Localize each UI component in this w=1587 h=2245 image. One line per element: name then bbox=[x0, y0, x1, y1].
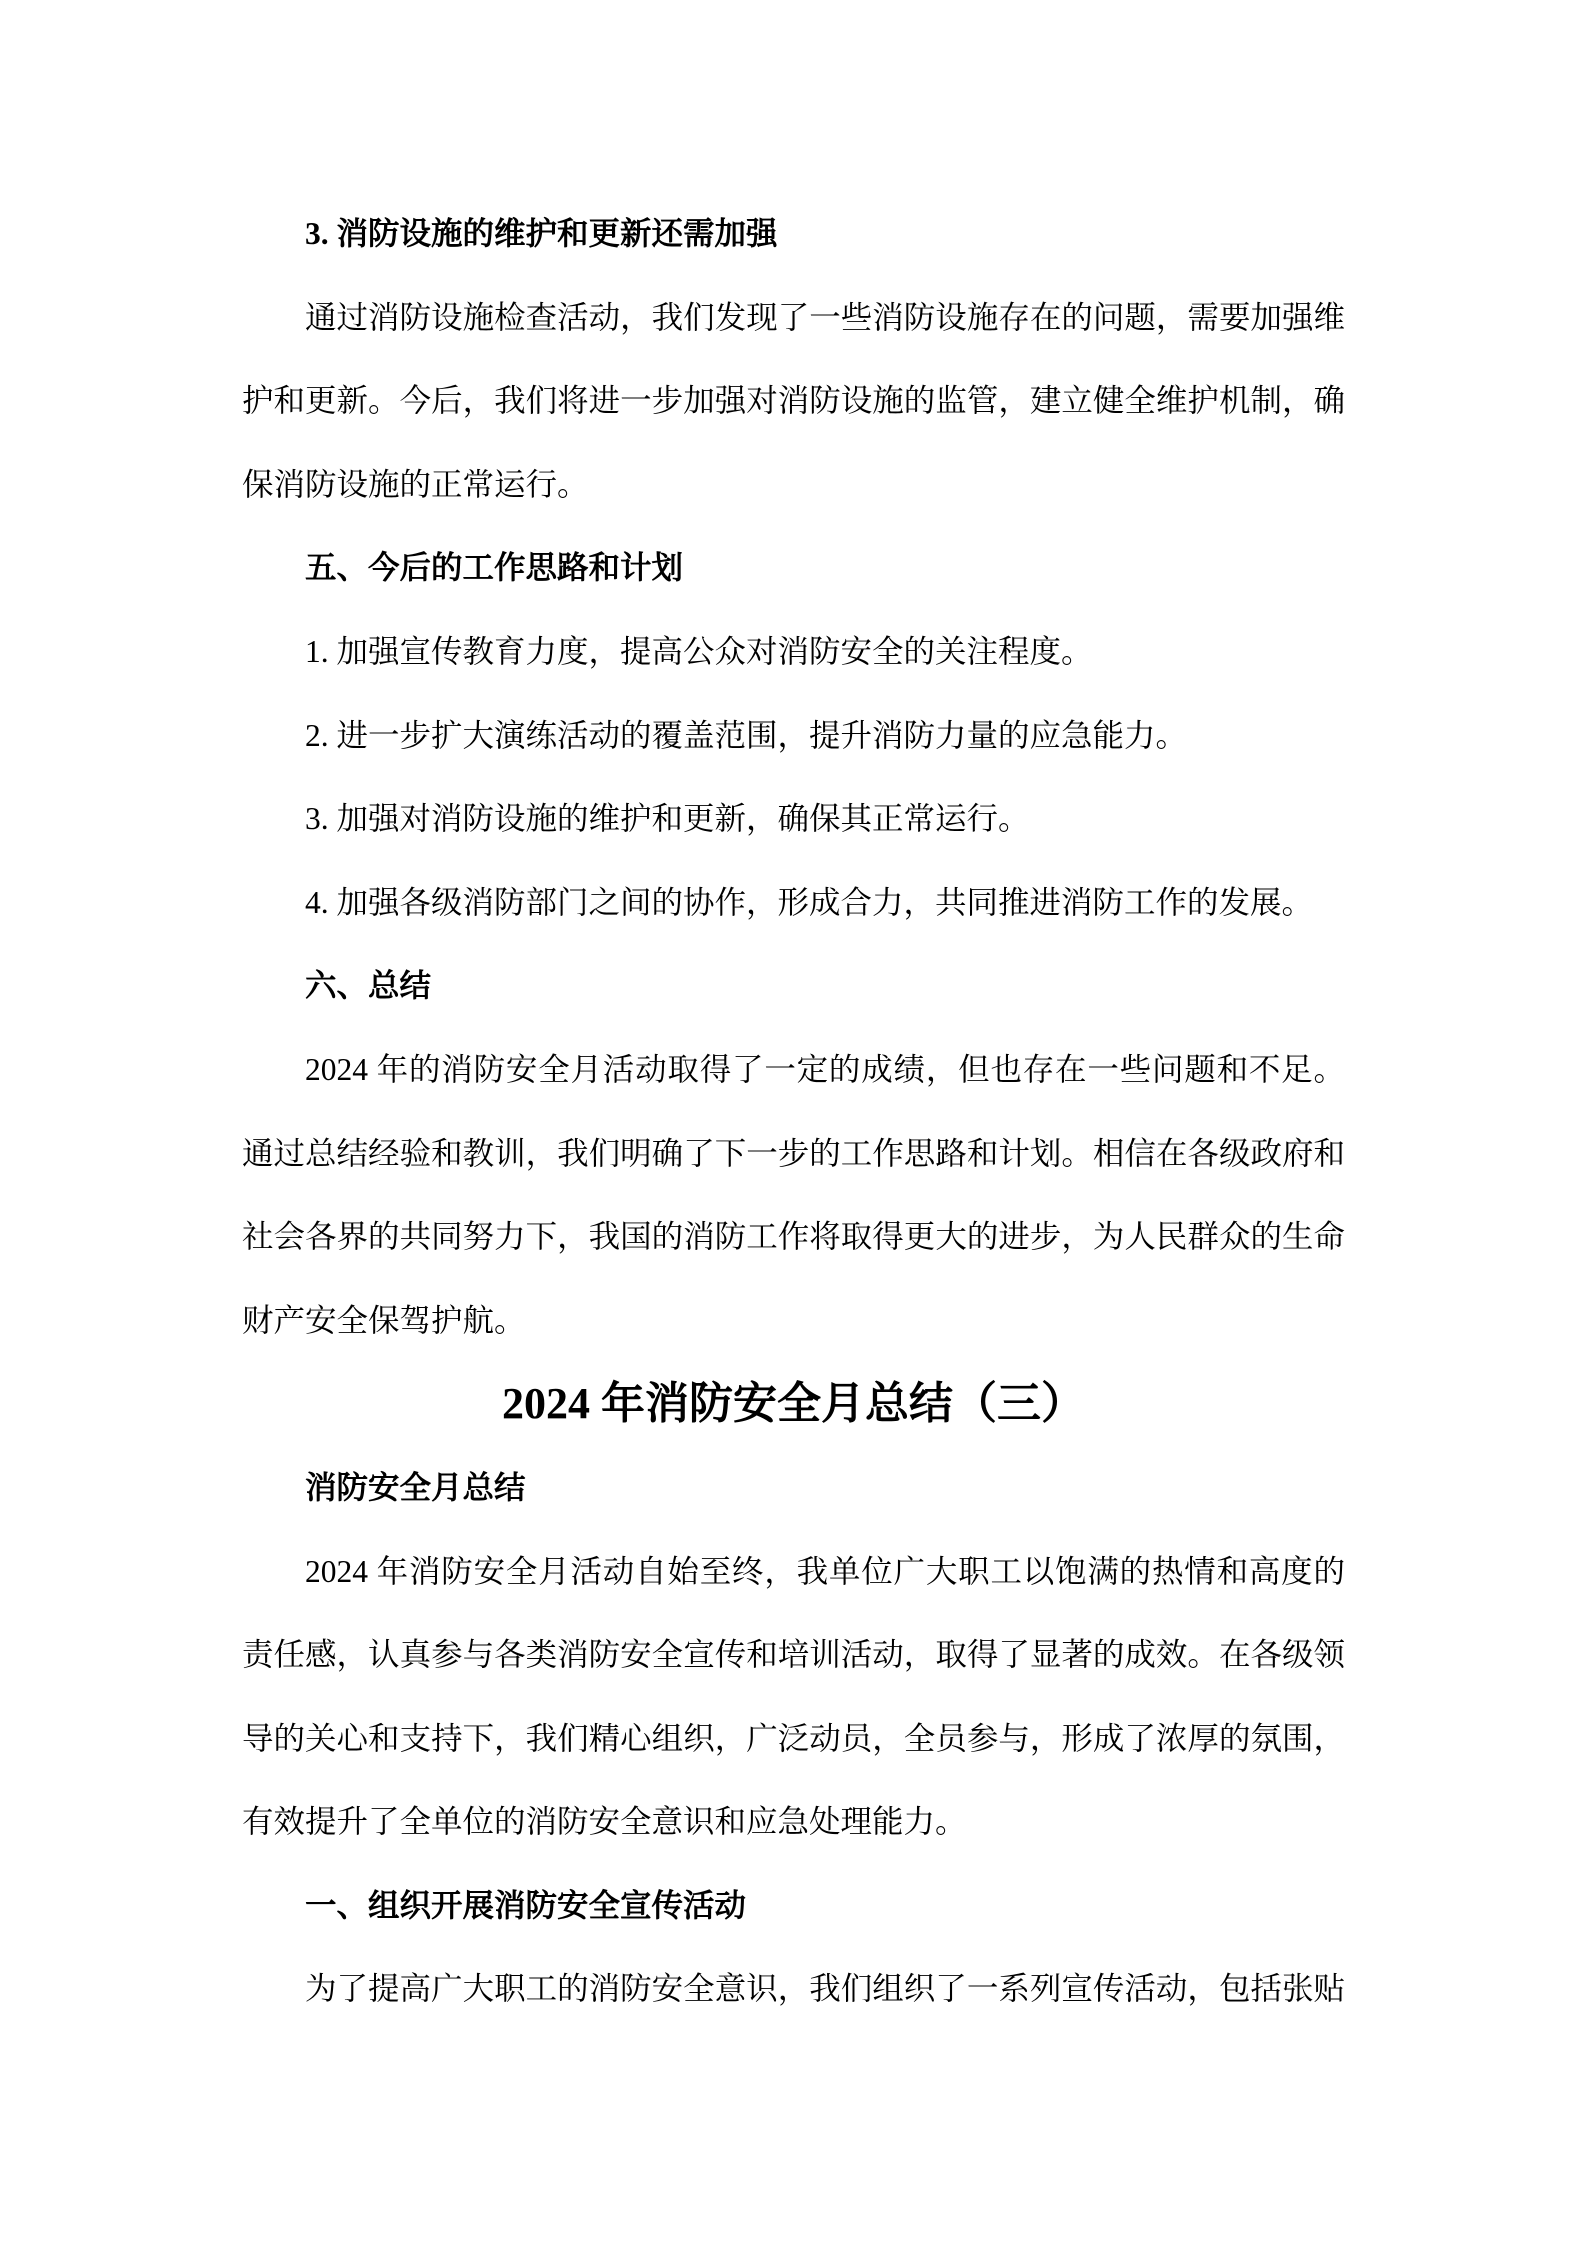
document-content: 3. 消防设施的维护和更新还需加强通过消防设施检查活动，我们发现了一些消防设施存… bbox=[242, 192, 1345, 2031]
paragraph-line: 有效提升了全单位的消防安全意识和应急处理能力。 bbox=[242, 1780, 1345, 1864]
paragraph-line: 3. 加强对消防设施的维护和更新，确保其正常运行。 bbox=[242, 777, 1345, 861]
paragraph-line: 保消防设施的正常运行。 bbox=[242, 443, 1345, 527]
paragraph-line: 护和更新。今后，我们将进一步加强对消防设施的监管，建立健全维护机制，确 bbox=[242, 359, 1345, 443]
paragraph-line: 财产安全保驾护航。 bbox=[242, 1279, 1345, 1363]
section-heading: 五、今后的工作思路和计划 bbox=[242, 526, 1345, 610]
section-heading: 消防安全月总结 bbox=[242, 1446, 1345, 1530]
section-heading: 3. 消防设施的维护和更新还需加强 bbox=[242, 192, 1345, 276]
paragraph-line: 1. 加强宣传教育力度，提高公众对消防安全的关注程度。 bbox=[242, 610, 1345, 694]
paragraph-line: 通过总结经验和教训，我们明确了下一步的工作思路和计划。相信在各级政府和 bbox=[242, 1112, 1345, 1196]
section-heading: 一、组织开展消防安全宣传活动 bbox=[242, 1864, 1345, 1948]
paragraph-line: 4. 加强各级消防部门之间的协作，形成合力，共同推进消防工作的发展。 bbox=[242, 861, 1345, 945]
paragraph-line: 2. 进一步扩大演练活动的覆盖范围，提升消防力量的应急能力。 bbox=[242, 694, 1345, 778]
paragraph-line: 导的关心和支持下，我们精心组织，广泛动员，全员参与，形成了浓厚的氛围， bbox=[242, 1697, 1345, 1781]
paragraph-line: 责任感，认真参与各类消防安全宣传和培训活动，取得了显著的成效。在各级领 bbox=[242, 1613, 1345, 1697]
paragraph-line: 2024 年消防安全月活动自始至终，我单位广大职工以饱满的热情和高度的 bbox=[242, 1530, 1345, 1614]
paragraph-line: 2024 年的消防安全月活动取得了一定的成绩，但也存在一些问题和不足。 bbox=[242, 1028, 1345, 1112]
doc-section-title: 2024 年消防安全月总结（三） bbox=[242, 1362, 1345, 1446]
paragraph-line: 社会各界的共同努力下，我国的消防工作将取得更大的进步，为人民群众的生命 bbox=[242, 1195, 1345, 1279]
document-page: 3. 消防设施的维护和更新还需加强通过消防设施检查活动，我们发现了一些消防设施存… bbox=[0, 0, 1587, 2245]
paragraph-line: 为了提高广大职工的消防安全意识，我们组织了一系列宣传活动，包括张贴 bbox=[242, 1947, 1345, 2031]
section-heading: 六、总结 bbox=[242, 944, 1345, 1028]
paragraph-line: 通过消防设施检查活动，我们发现了一些消防设施存在的问题，需要加强维 bbox=[242, 276, 1345, 360]
